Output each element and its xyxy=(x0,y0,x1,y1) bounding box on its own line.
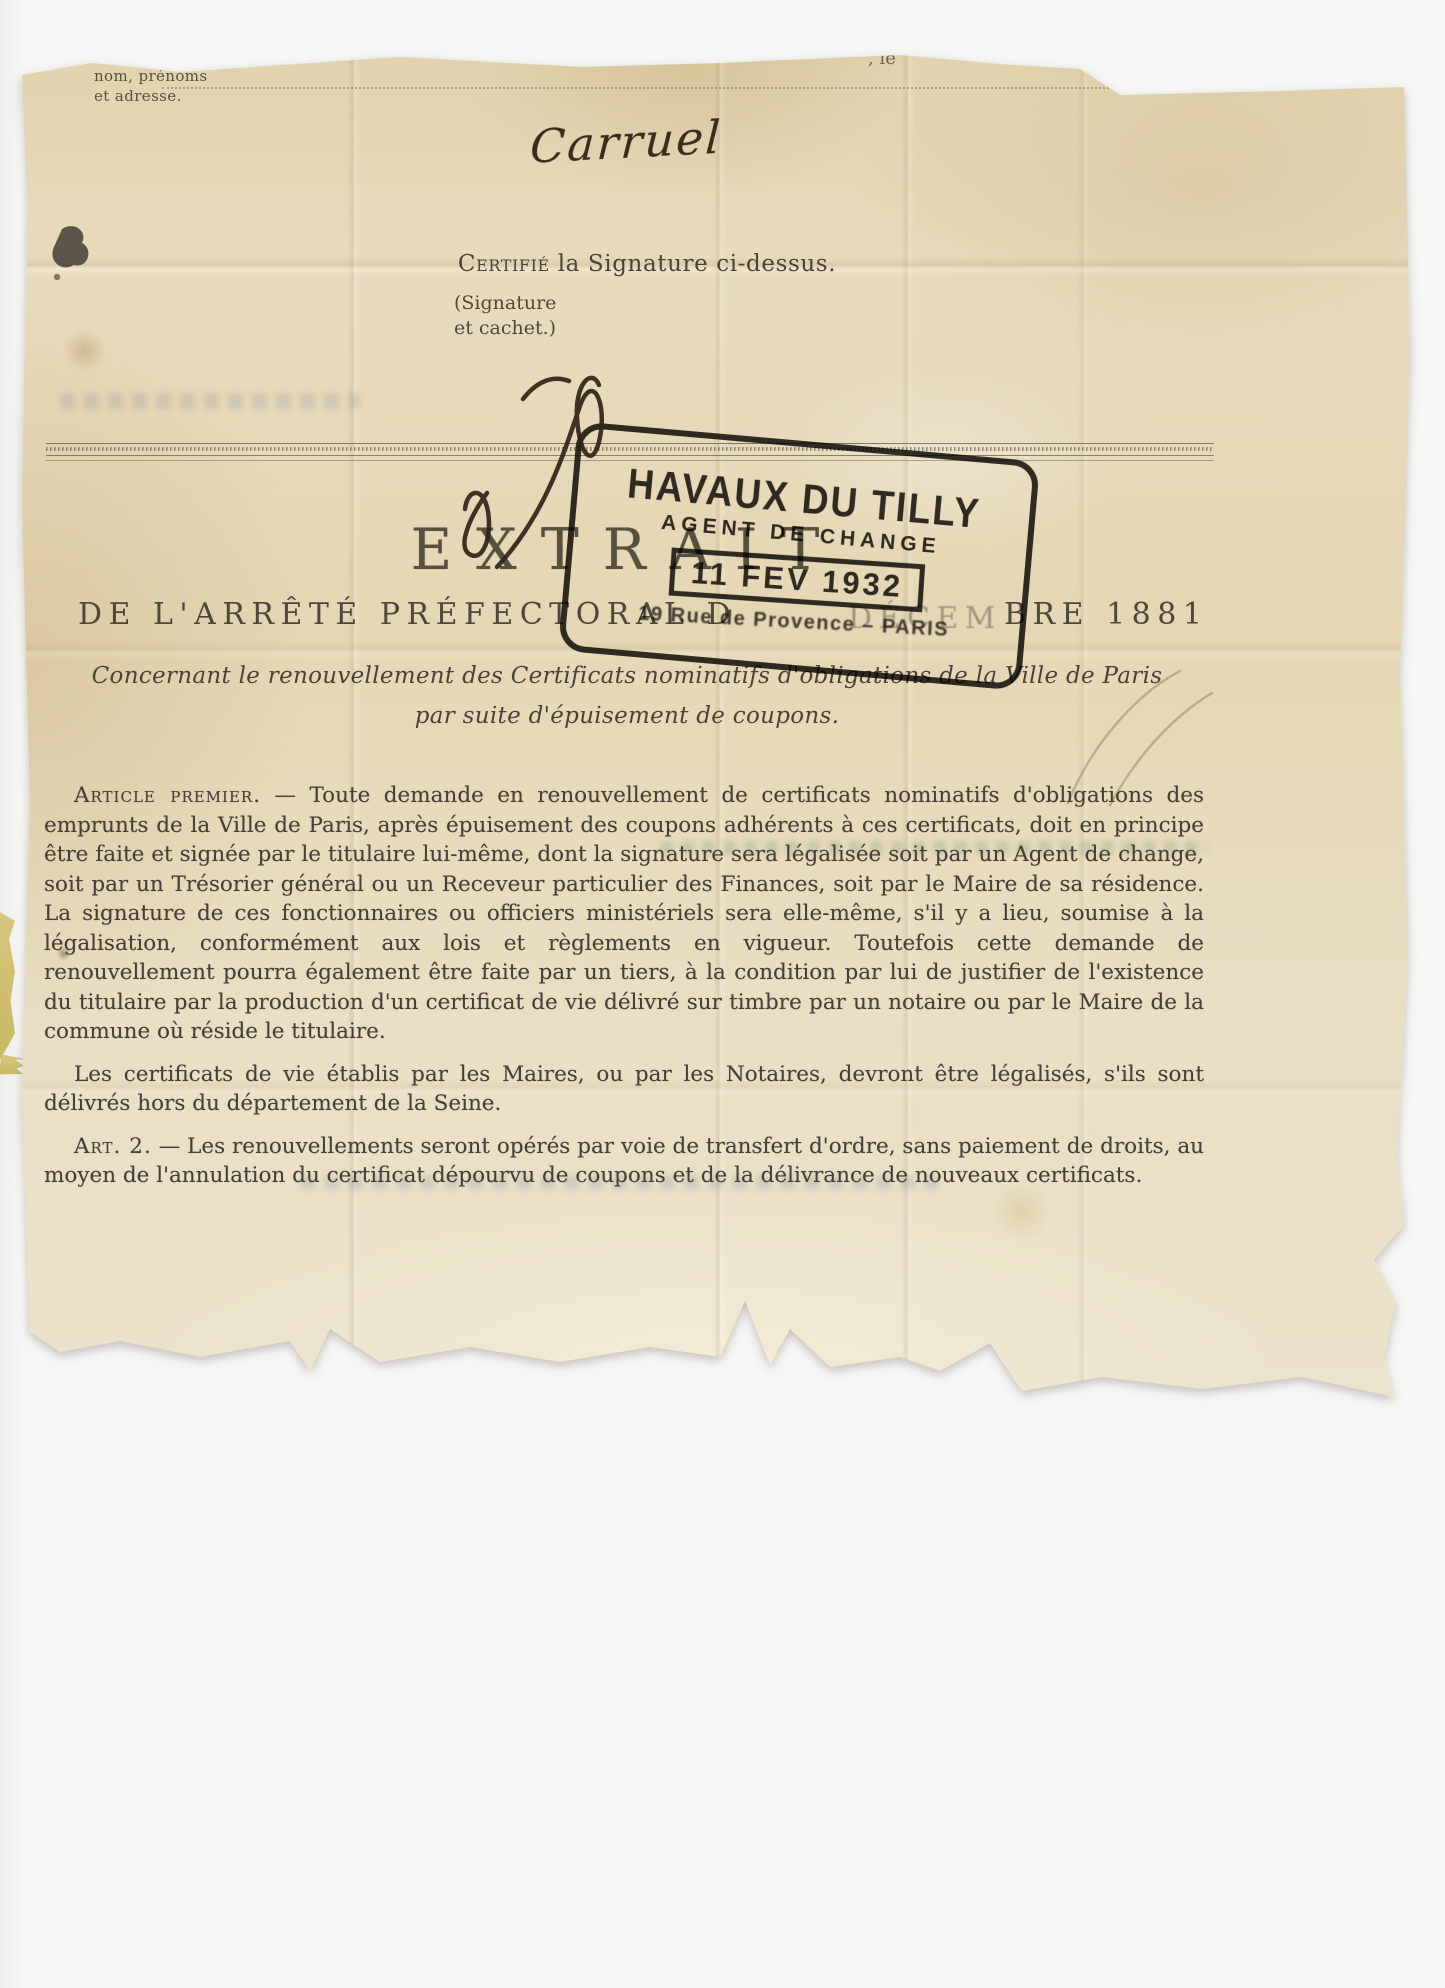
dotted-form-line xyxy=(162,81,1237,89)
ink-blot xyxy=(48,223,100,287)
certify-rest: la Signature ci-dessus. xyxy=(550,251,836,277)
article-2-text: Les renouvellements seront opérés par vo… xyxy=(44,1134,1204,1189)
handwritten-signature-name: Carruel xyxy=(529,110,724,174)
note-line2: et cachet.) xyxy=(454,316,556,341)
body-text: Article premier. — Toute demande en reno… xyxy=(44,781,1204,1204)
form-year-fragment: 19 xyxy=(1108,68,1131,89)
paper-sheet-wrap: nom, prénoms et adresse. , le 19 Carruel… xyxy=(22,55,1410,1400)
certify-line: Certifié la Signature ci-dessus. xyxy=(352,251,942,277)
form-le-fragment: , le xyxy=(868,48,896,69)
article-premier-dash: — xyxy=(261,783,309,808)
paper-sheet: nom, prénoms et adresse. , le 19 Carruel… xyxy=(22,55,1410,1400)
certificats-vie-text: Les certificats de vie établis par les M… xyxy=(44,1062,1204,1117)
article-2-dash: — xyxy=(152,1134,187,1159)
article-premier-lead: Article premier. xyxy=(74,783,261,808)
paragraph-article-2: Art. 2. — Les renouvellements seront opé… xyxy=(44,1132,1204,1191)
paragraph-certificats-vie: Les certificats de vie établis par les M… xyxy=(44,1060,1204,1119)
scanned-document-page: nom, prénoms et adresse. , le 19 Carruel… xyxy=(0,0,1445,1988)
stamp-date-box: 11 FEV 1932 xyxy=(668,548,925,613)
subject-line2: par suite d'épuisement de coupons. xyxy=(42,703,1212,729)
article-2-lead: Art. 2. xyxy=(74,1134,152,1159)
note-line1: (Signature xyxy=(454,291,556,316)
subject-line1: Concernant le renouvellement des Certifi… xyxy=(42,663,1212,689)
show-through-text xyxy=(60,393,360,409)
form-margin-label-line2: et adresse. xyxy=(94,87,208,107)
certify-word: Certifié xyxy=(458,251,550,277)
handwritten-paraph xyxy=(427,373,642,573)
headline-right: BRE 1881 xyxy=(1004,597,1208,632)
article-premier-text: Toute demande en renouvellement de certi… xyxy=(44,783,1204,1044)
paragraph-article-premier: Article premier. — Toute demande en reno… xyxy=(44,781,1204,1047)
adjacent-sheet-fragment xyxy=(0,912,15,1060)
signature-cachet-note: (Signature et cachet.) xyxy=(454,291,556,340)
